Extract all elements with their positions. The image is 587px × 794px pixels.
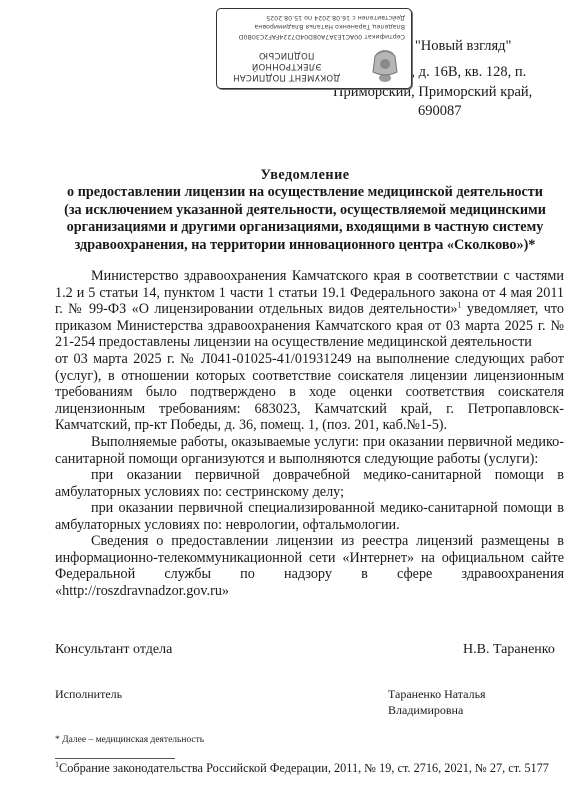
electronic-signature-stamp: ДОКУМЕНТ ПОДПИСАН ЭЛЕКТРОННОЙ ПОДПИСЬЮ С… <box>216 8 412 89</box>
title-heading: Уведомление <box>50 167 560 184</box>
paragraph-2: от 03 марта 2025 г. № Л041-01025-41/0193… <box>55 351 564 434</box>
paragraph-5: при оказании первичной специализированно… <box>55 500 564 533</box>
paragraph-3: Выполняемые работы, оказываемые услуги: … <box>55 434 564 467</box>
title-line2: (за исключением указанной деятельности, … <box>50 202 560 219</box>
footnote-1-text: Собрание законодательства Российской Фед… <box>59 761 549 775</box>
recipient-org: о "Новый взгляд" <box>404 38 511 55</box>
executor-name-line2: Владимировна <box>388 703 463 718</box>
coat-of-arms-icon <box>367 44 403 84</box>
title-line1: о предоставлении лицензии на осуществлен… <box>50 184 560 201</box>
paragraph-6: Сведения о предоставлении лицензии из ре… <box>55 533 564 599</box>
stamp-title-line2: ЭЛЕКТРОННОЙ ПОДПИСЬЮ <box>224 49 349 71</box>
stamp-info: Сертификат 00AC1E3A7A08D04D7224FAF2C30B0… <box>220 13 405 42</box>
document-title: Уведомление о предоставлении лицензии на… <box>50 167 560 254</box>
recipient-address-line1: а, д. 16В, кв. 128, п. <box>405 64 526 81</box>
executor-label: Исполнитель <box>55 687 122 702</box>
stamp-title: ДОКУМЕНТ ПОДПИСАН ЭЛЕКТРОННОЙ ПОДПИСЬЮ <box>224 49 349 82</box>
stamp-title-line1: ДОКУМЕНТ ПОДПИСАН <box>224 71 349 82</box>
title-line3: организациями и другими организациями, в… <box>50 219 560 236</box>
footnote-asterisk: * Далее – медицинская деятельность <box>55 734 204 746</box>
stamp-validity: Действителен с 16.08.2024 по 15.08.2025 <box>220 13 405 23</box>
signer-name: Н.В. Тараненко <box>463 641 555 658</box>
stamp-content-rotated: ДОКУМЕНТ ПОДПИСАН ЭЛЕКТРОННОЙ ПОДПИСЬЮ С… <box>217 9 411 88</box>
paragraph-4: при оказании первичной доврачебной медик… <box>55 467 564 500</box>
footnote-divider <box>55 758 175 759</box>
recipient-postcode: 690087 <box>418 103 462 120</box>
title-line4: здравоохранения, на территории инновацио… <box>50 237 560 254</box>
signer-position: Консультант отдела <box>55 641 172 658</box>
stamp-owner: Владелец Тараненко Наталья Владимировна <box>220 22 405 32</box>
stamp-certificate: Сертификат 00AC1E3A7A08D04D7224FAF2C30B0… <box>220 32 405 42</box>
executor-name-line1: Тараненко Наталья <box>388 687 486 702</box>
paragraph-1: Министерство здравоохранения Камчатского… <box>55 268 564 351</box>
footnote-1: 1Собрание законодательства Российской Фе… <box>55 761 549 776</box>
